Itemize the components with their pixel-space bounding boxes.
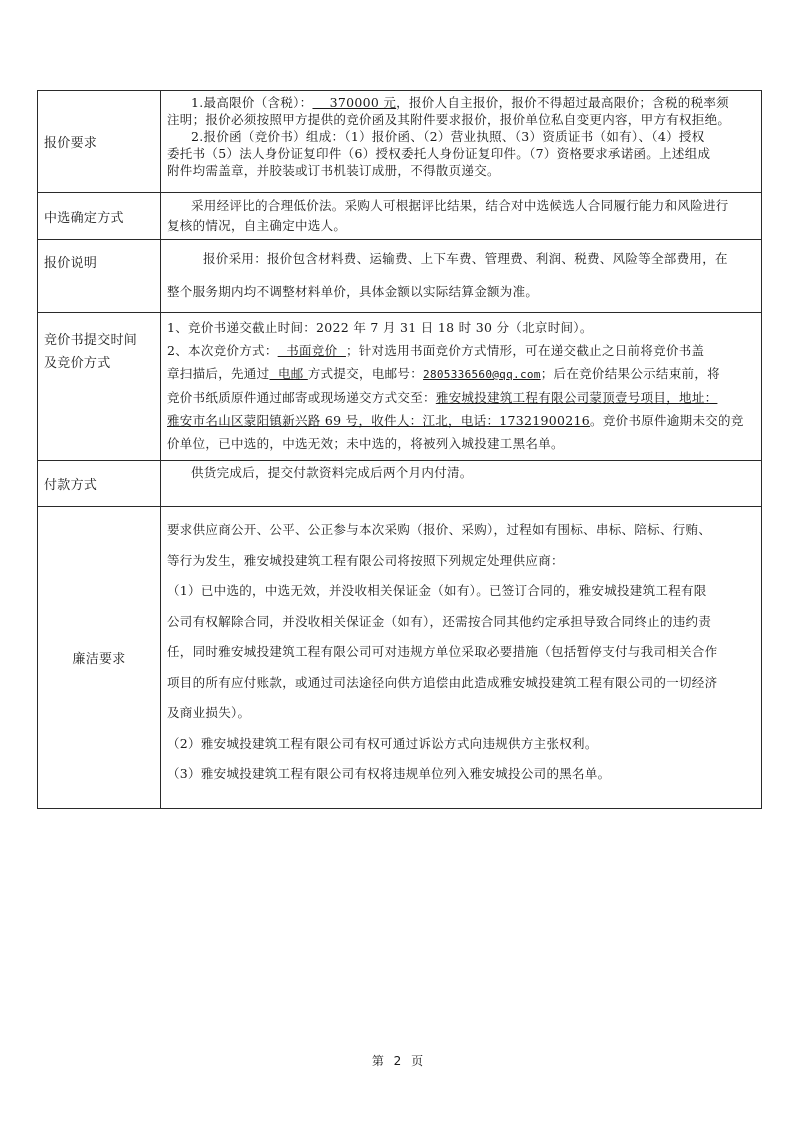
text-fragment: ；针对选用书面竞价方式情形，可在递交截止之日前将竞价书盖 [346, 343, 704, 358]
content-line: 及商业损失）。 [167, 698, 755, 729]
procurement-terms-table: 报价要求 1.最高限价（含税）： 370000 元，报价人自主报价，报价不得超过… [37, 90, 762, 809]
row-content: 要求供应商公开、公平、公正参与本次采购（报价、采购），过程如有围标、串标、陪标、… [161, 507, 762, 809]
text-fragment: 竞价书纸质原件通过邮寄或现场递交方式交至： [167, 390, 436, 405]
label-line: 竞价书提交时间 [44, 329, 160, 352]
label-line: 及竞价方式 [44, 352, 160, 375]
content-line: 1.最高限价（含税）： 370000 元，报价人自主报价，报价不得超过最高限价；… [167, 94, 755, 111]
content-line: 1、竞价书递交截止时间：2022 年 7 月 31 日 18 时 30 分（北京… [167, 316, 755, 339]
content-line: 整个服务期内均不调整材料单价，具体金额以实际结算金额为准。 [167, 283, 755, 300]
table-row-integrity: 廉洁要求 要求供应商公开、公平、公正参与本次采购（报价、采购），过程如有围标、串… [38, 507, 762, 809]
row-content: 1.最高限价（含税）： 370000 元，报价人自主报价，报价不得超过最高限价；… [161, 91, 762, 193]
content-line: （3）雅安城投建筑工程有限公司有权将违规单位列入雅安城投公司的黑名单。 [167, 759, 755, 790]
content-line: 2、本次竞价方式： 书面竞价 ；针对选用书面竞价方式情形，可在递交截止之日前将竞… [167, 339, 755, 362]
row-label: 报价要求 [38, 91, 161, 193]
submit-method-value: 电邮 [269, 366, 307, 381]
content-line: 附件均需盖章，并胶装或订书机装订成册，不得散页递交。 [167, 162, 755, 179]
row-content: 报价采用：报价包含材料费、运输费、上下车费、管理费、利润、税费、风险等全部费用，… [161, 240, 762, 313]
row-label: 廉洁要求 [38, 507, 161, 809]
content-line: （2）雅安城投建筑工程有限公司有权可通过诉讼方式向违规供方主张权利。 [167, 729, 755, 760]
content-line: 雅安市名山区蒙阳镇新兴路 69 号，收件人：江北，电话：17321900216。… [167, 409, 755, 432]
content-line: 公司有权解除合同，并没收相关保证金（如有），还需按合同其他约定承担导致合同终止的… [167, 607, 755, 638]
bid-method-value: 书面竞价 [278, 343, 346, 358]
content-line: 竞价书纸质原件通过邮寄或现场递交方式交至：雅安城投建筑工程有限公司蒙顶壹号项目，… [167, 386, 755, 409]
content-line: 要求供应商公开、公平、公正参与本次采购（报价、采购），过程如有围标、串标、陪标、… [167, 515, 755, 546]
row-label: 竞价书提交时间 及竞价方式 [38, 313, 161, 461]
text-fragment: 2、本次竞价方式： [167, 343, 278, 358]
content-line: 委托书（5）法人身份证复印件（6）授权委托人身份证复印件。（7）资格要求承诺函。… [167, 145, 755, 162]
content-line: 注明；报价必须按照甲方提供的竞价函及其附件要求报价，报价单位私自变更内容，甲方有… [167, 111, 755, 128]
content-line: 采用经评比的合理低价法。采购人可根据评比结果，结合对中选候选人合同履行能力和风险… [167, 196, 755, 216]
content-line: 章扫描后，先通过 电邮 方式提交，电邮号：2805336560@qq.com；后… [167, 362, 755, 386]
delivery-address: 雅安市名山区蒙阳镇新兴路 69 号，收件人：江北，电话：17321900216 [167, 413, 590, 428]
row-label: 报价说明 [38, 240, 161, 313]
row-label: 付款方式 [38, 461, 161, 507]
text-fragment: 方式提交，电邮号： [308, 366, 423, 381]
email-link[interactable]: 2805336560@qq.com [423, 368, 541, 381]
content-line: 复核的情况，自主确定中选人。 [167, 216, 755, 236]
text-fragment: ，报价人自主报价，报价不得超过最高限价；含税的税率须 [396, 95, 729, 110]
table-row-quote-notes: 报价说明 报价采用：报价包含材料费、运输费、上下车费、管理费、利润、税费、风险等… [38, 240, 762, 313]
text-fragment: 章扫描后，先通过 [167, 366, 269, 381]
delivery-recipient: 雅安城投建筑工程有限公司蒙顶壹号项目，地址： [436, 390, 718, 405]
content-line: 报价采用：报价包含材料费、运输费、上下车费、管理费、利润、税费、风险等全部费用，… [167, 250, 755, 267]
content-line: 供货完成后，提交付款资料完成后两个月内付清。 [167, 464, 755, 482]
row-content: 供货完成后，提交付款资料完成后两个月内付清。 [161, 461, 762, 507]
content-line: 项目的所有应付账款，或通过司法途径向供方追偿由此造成雅安城投建筑工程有限公司的一… [167, 668, 755, 699]
table-row-payment: 付款方式 供货完成后，提交付款资料完成后两个月内付清。 [38, 461, 762, 507]
row-content: 采用经评比的合理低价法。采购人可根据评比结果，结合对中选候选人合同履行能力和风险… [161, 193, 762, 240]
table-row-submission: 竞价书提交时间 及竞价方式 1、竞价书递交截止时间：2022 年 7 月 31 … [38, 313, 762, 461]
content-line: 等行为发生，雅安城投建筑工程有限公司将按照下列规定处理供应商： [167, 546, 755, 577]
content-line: 2.报价函（竞价书）组成：（1）报价函、（2）营业执照、（3）资质证书（如有）、… [167, 128, 755, 145]
max-price-value: 370000 元 [312, 95, 396, 110]
content-line: 价单位，已中选的，中选无效；未中选的，将被列入城投建工黑名单。 [167, 432, 755, 455]
page-number: 第 2 页 [0, 1052, 798, 1069]
table-row-selection-method: 中选确定方式 采用经评比的合理低价法。采购人可根据评比结果，结合对中选候选人合同… [38, 193, 762, 240]
table-row-quote-requirements: 报价要求 1.最高限价（含税）： 370000 元，报价人自主报价，报价不得超过… [38, 91, 762, 193]
row-label: 中选确定方式 [38, 193, 161, 240]
text-fragment: 1.最高限价（含税）： [191, 95, 312, 110]
row-content: 1、竞价书递交截止时间：2022 年 7 月 31 日 18 时 30 分（北京… [161, 313, 762, 461]
content-line: （1）已中选的，中选无效，并没收相关保证金（如有）。已签订合同的，雅安城投建筑工… [167, 576, 755, 607]
text-fragment: 。竞价书原件逾期未交的竞 [590, 413, 744, 428]
text-fragment: ；后在竞价结果公示结束前，将 [541, 366, 720, 381]
content-line: 任，同时雅安城投建筑工程有限公司可对违规方单位采取必要措施（包括暂停支付与我司相… [167, 637, 755, 668]
